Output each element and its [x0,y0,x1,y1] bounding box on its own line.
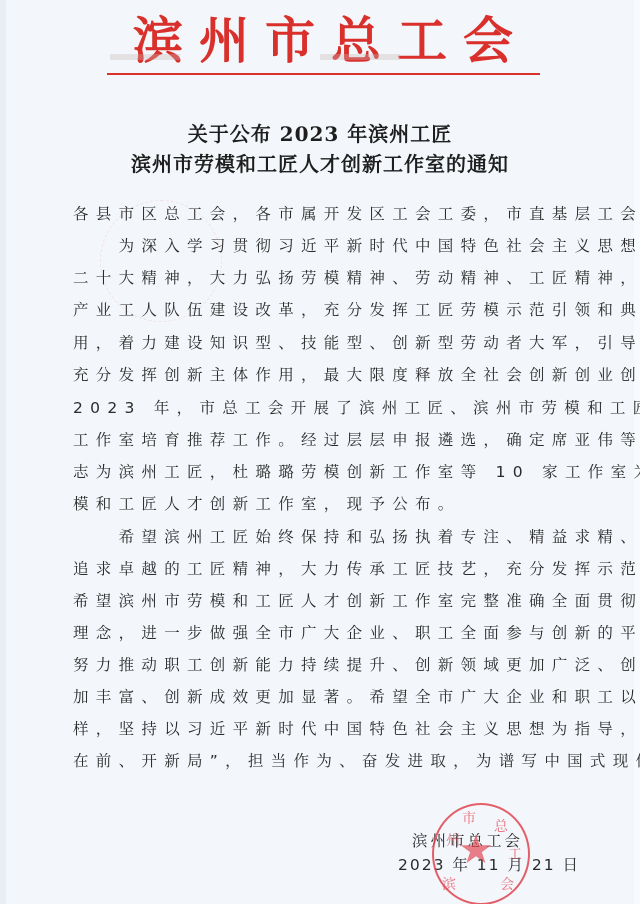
seal-char: 州 [446,830,460,850]
body-line: 努力推动职工创新能力持续提升、创新领域更加广泛、创新内容更 [73,655,640,675]
body-line: 为深入学习贯彻习近平新时代中国特色社会主义思想和党的 [73,236,640,256]
seal-char: 市 [462,808,476,828]
body-line: 希望滨州市劳模和工匠人才创新工作室完整准确全面贯彻新发展 [73,591,640,611]
body-line: 样，坚持以习近平新时代中国特色社会主义思想为指导，锚定“走 [73,719,640,739]
body-line: 2023 年，市总工会开展了滨州工匠、滨州市劳模和工匠人才创新 [73,398,640,418]
seal-char: 总 [494,816,508,836]
notice-title-line-1: 关于公布 2023 年滨州工匠 [0,118,640,147]
letterhead-rule [107,73,540,75]
body-line: 追求卓越的工匠精神，大力传承工匠技艺，充分发挥示范带动作用； [73,559,640,579]
body-line: 志为滨州工匠，杜璐璐劳模创新工作室等 10 家工作室为滨州市劳 [73,462,640,482]
notice-title-line-2: 滨州市劳模和工匠人才创新工作室的通知 [0,148,640,177]
body-line: 充分发挥创新主体作用，最大限度释放全社会创新创业创造活力， [73,365,640,385]
body-line: 工作室培育推荐工作。经过层层申报遴选，确定席亚伟等 12 名同 [73,430,640,450]
body-line: 二十大精神，大力弘扬劳模精神、劳动精神、工匠精神，持续深化 [73,268,640,288]
letterhead-bleed-marks [100,54,540,64]
seal-char: 工 [508,844,522,864]
document-page: 滨州市总工会 关于公布 2023 年滨州工匠 滨州市劳模和工匠人才创新工作室的通… [0,0,640,904]
salutation: 各县市区总工会，各市属开发区工会工委，市直基层工会： [73,204,640,224]
seal-char: 滨 [442,874,456,894]
body-line: 模和工匠人才创新工作室，现予公布。 [73,494,461,514]
body-line: 在前、开新局”，担当作为、奋发进取，为谱写中国式现代化滨州 [73,751,640,771]
body-line: 用，着力建设知识型、技能型、创新型劳动者大军，引导全市企业 [73,333,640,353]
body-line: 产业工人队伍建设改革，充分发挥工匠劳模示范引领和典型带动作 [73,300,640,320]
body-line: 加丰富、创新成效更加显著。希望全市广大企业和职工以他们为榜 [73,687,640,707]
seal-char: 会 [500,874,514,894]
body-line: 希望滨州工匠始终保持和弘扬执着专注、精益求精、一丝不苟、 [73,527,640,547]
seal-star-icon: ★ [458,830,494,870]
body-line: 理念，进一步做强全市广大企业、职工全面参与创新的平台载体， [73,623,640,643]
